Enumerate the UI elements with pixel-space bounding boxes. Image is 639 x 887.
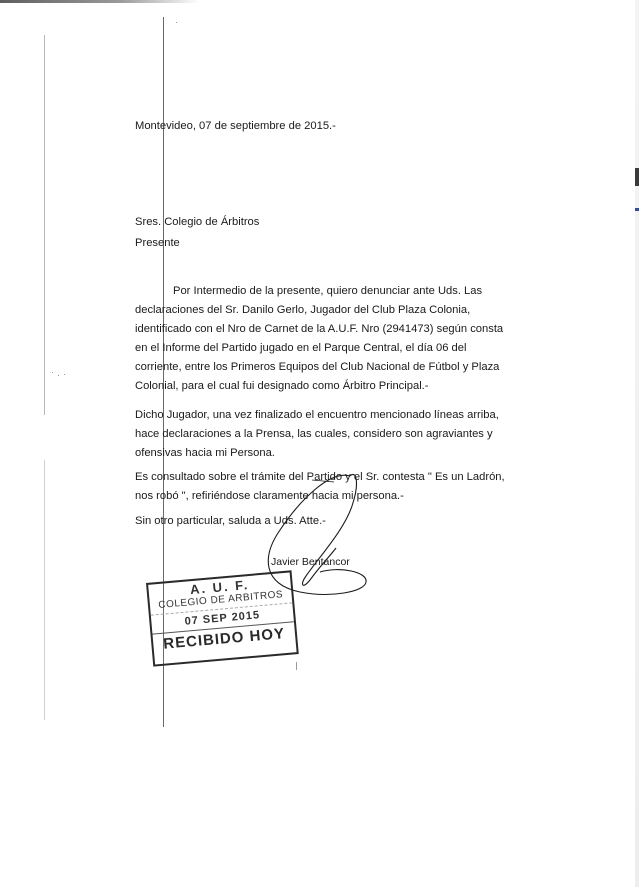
paragraph-1-line: Por Intermedio de la presente, quiero de… xyxy=(173,282,482,301)
paragraph-2-line: ofensivas hacia mi Persona. xyxy=(135,444,275,463)
letter-salutation: Presente xyxy=(135,234,180,253)
paragraph-1-line: en el Informe del Partido jugado en el P… xyxy=(135,339,467,358)
scan-speck xyxy=(64,374,65,375)
paragraph-3-line: nos robó ", refiriéndose claramente haci… xyxy=(135,487,404,506)
paragraph-1-line: Colonial, para el cual fui designado com… xyxy=(135,377,429,396)
paragraph-1-line: identificado con el Nro de Carnet de la … xyxy=(135,320,503,339)
paragraph-1-line: corriente, entre los Primeros Equipos de… xyxy=(135,358,499,377)
paragraph-2-line: hace declaraciones a la Prensa, las cual… xyxy=(135,425,493,444)
scan-edge-top xyxy=(0,0,200,3)
scan-margin-line xyxy=(44,460,45,720)
scan-speck xyxy=(58,375,59,376)
scan-edge-mark xyxy=(635,208,639,211)
scan-edge-right xyxy=(635,0,639,887)
scan-speck xyxy=(296,662,297,670)
paragraph-3-line: Es consultado sobre el trámite del Parti… xyxy=(135,468,505,487)
signature-name: Javier Bentancor xyxy=(271,556,350,568)
scan-margin-line xyxy=(44,35,45,415)
paragraph-1-line: declaraciones del Sr. Danilo Gerlo, Juga… xyxy=(135,301,470,320)
letter-recipient: Sres. Colegio de Árbitros xyxy=(135,213,259,232)
paragraph-2-line: Dicho Jugador, una vez finalizado el enc… xyxy=(135,406,499,425)
scan-speck xyxy=(52,372,53,373)
received-stamp: A. U. F. COLEGIO DE ARBITROS 07 SEP 2015… xyxy=(146,570,299,666)
letter-date: Montevideo, 07 de septiembre de 2015.- xyxy=(135,117,336,136)
scan-edge-mark xyxy=(635,168,639,186)
closing-line: Sin otro particular, saluda a Uds. Atte.… xyxy=(135,512,326,531)
scan-speck xyxy=(176,22,177,23)
